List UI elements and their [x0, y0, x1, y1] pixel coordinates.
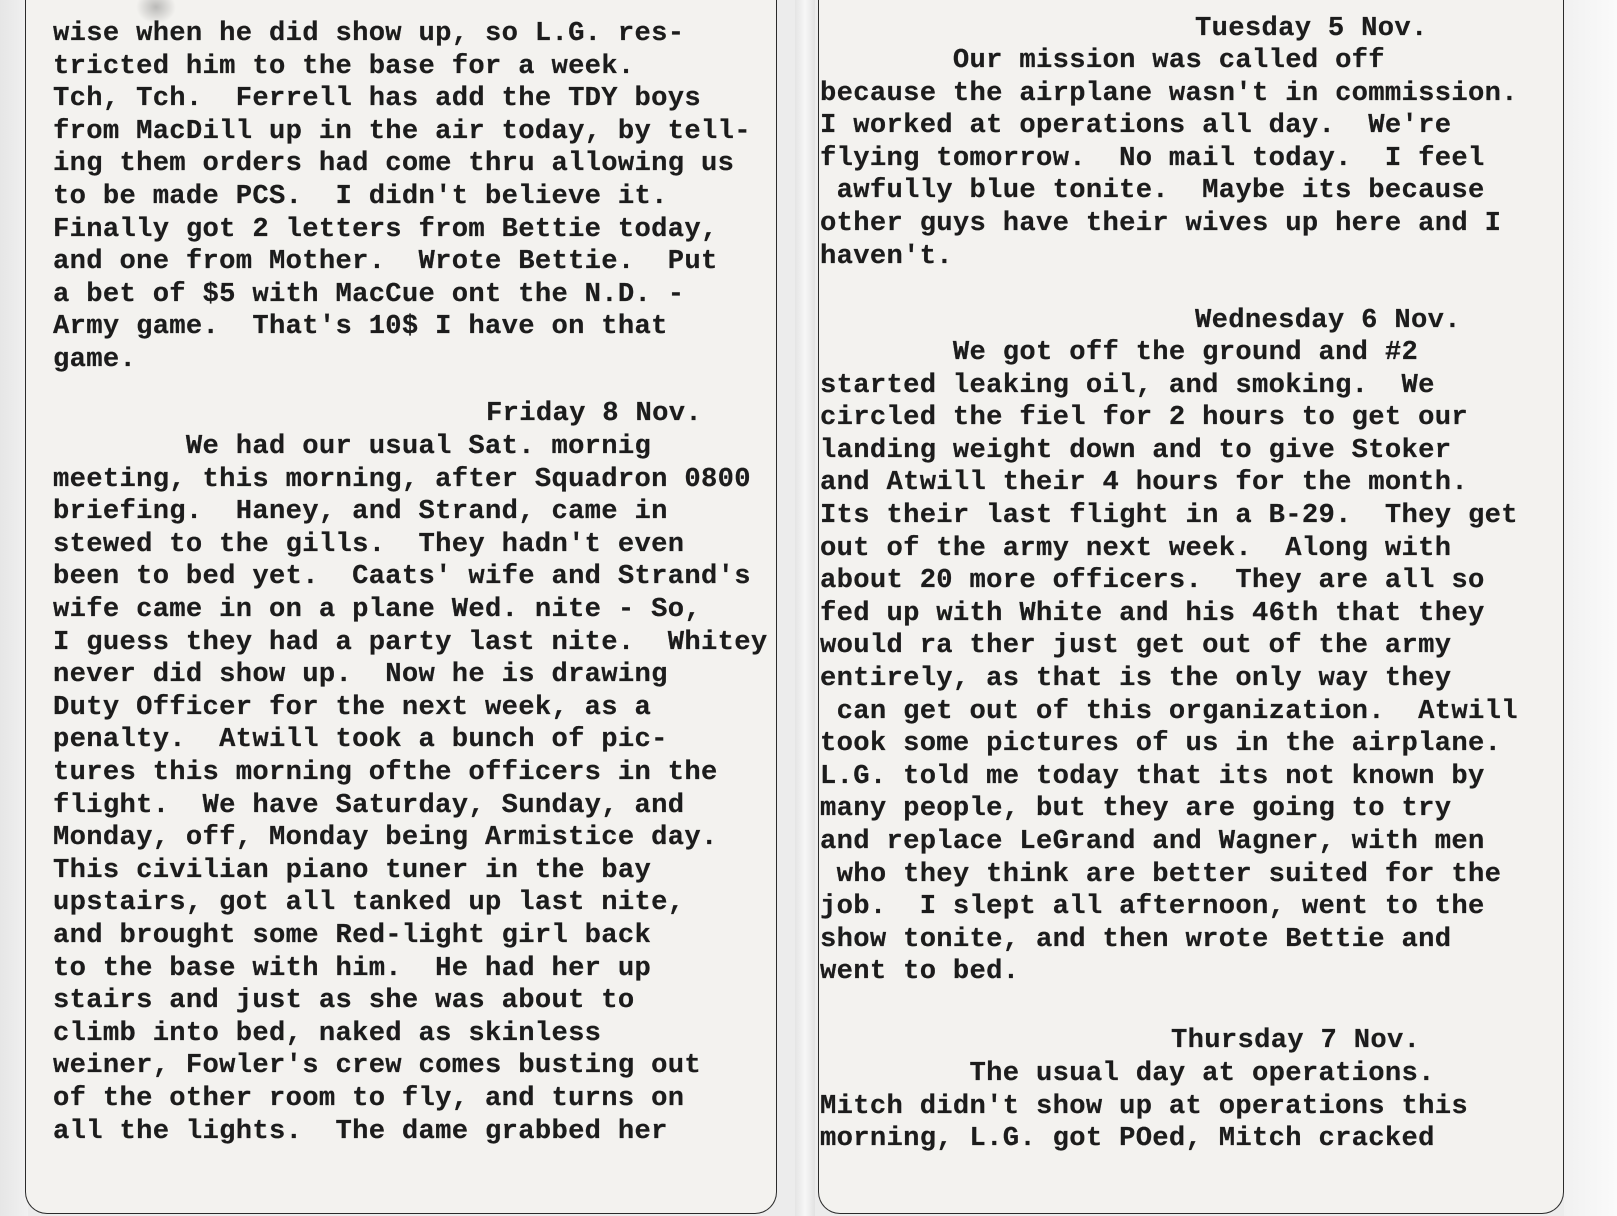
- diary-text-line: job. I slept all afternoon, went to the: [820, 891, 1485, 923]
- diary-text-line: I guess they had a party last nite. Whit…: [53, 627, 767, 659]
- diary-text-line: wise when he did show up, so L.G. res-: [53, 18, 684, 50]
- diary-text-line: morning, L.G. got POed, Mitch cracked: [820, 1123, 1435, 1155]
- diary-text-line: fed up with White and his 46th that they: [820, 598, 1485, 630]
- diary-text-line: of the other room to fly, and turns on: [53, 1083, 684, 1115]
- diary-text-line: a bet of $5 with MacCue ont the N.D. -: [53, 279, 684, 311]
- right-page: Tuesday 5 Nov. Our mission was called of…: [818, 0, 1564, 1214]
- diary-text-line: Its their last flight in a B-29. They ge…: [820, 500, 1518, 532]
- diary-text-line: to be made PCS. I didn't believe it.: [53, 181, 668, 213]
- diary-text-line: would ra ther just get out of the army: [820, 630, 1451, 662]
- diary-text-line: flying tomorrow. No mail today. I feel: [820, 143, 1485, 175]
- diary-text-line: to the base with him. He had her up: [53, 953, 651, 985]
- diary-text-line: circled the fiel for 2 hours to get our: [820, 402, 1468, 434]
- diary-text-line: upstairs, got all tanked up last nite,: [53, 887, 684, 919]
- diary-text-line: We had our usual Sat. mornig: [53, 431, 651, 463]
- diary-text-line: about 20 more officers. They are all so: [820, 565, 1485, 597]
- diary-text-line: and brought some Red-light girl back: [53, 920, 651, 952]
- diary-text-line: stewed to the gills. They hadn't even: [53, 529, 684, 561]
- diary-text-line: landing weight down and to give Stoker: [820, 435, 1451, 467]
- diary-text-line: many people, but they are going to try: [820, 793, 1451, 825]
- diary-text-line: can get out of this organization. Atwill: [820, 696, 1518, 728]
- diary-text-line: out of the army next week. Along with: [820, 533, 1451, 565]
- diary-text-line: took some pictures of us in the airplane…: [820, 728, 1501, 760]
- diary-text-line: climb into bed, naked as skinless: [53, 1018, 601, 1050]
- diary-text-line: and one from Mother. Wrote Bettie. Put: [53, 246, 718, 278]
- diary-text-line: meeting, this morning, after Squadron 08…: [53, 464, 751, 496]
- diary-text-line: Duty Officer for the next week, as a: [53, 692, 651, 724]
- diary-text-line: stairs and just as she was about to: [53, 985, 635, 1017]
- diary-text-line: flight. We have Saturday, Sunday, and: [53, 790, 684, 822]
- diary-text-line: been to bed yet. Caats' wife and Strand'…: [53, 561, 751, 593]
- diary-text-line: game.: [53, 344, 136, 376]
- diary-text-line: and Atwill their 4 hours for the month.: [820, 467, 1468, 499]
- diary-text-line: weiner, Fowler's crew comes busting out: [53, 1050, 701, 1082]
- diary-text-line: ing them orders had come thru allowing u…: [53, 148, 734, 180]
- diary-text-line: The usual day at operations.: [820, 1058, 1435, 1090]
- diary-text-line: haven't.: [820, 241, 953, 273]
- left-page: wise when he did show up, so L.G. res-tr…: [25, 0, 777, 1214]
- diary-text-line: never did show up. Now he is drawing: [53, 659, 668, 691]
- diary-text-line: awfully blue tonite. Maybe its because: [820, 175, 1485, 207]
- diary-text-line: penalty. Atwill took a bunch of pic-: [53, 724, 668, 756]
- diary-text-line: because the airplane wasn't in commissio…: [820, 78, 1518, 110]
- scan-background-left: [0, 0, 28, 1216]
- diary-text-line: and replace LeGrand and Wagner, with men: [820, 826, 1485, 858]
- diary-text-line: who they think are better suited for the: [820, 859, 1501, 891]
- page-gutter: [795, 0, 815, 1216]
- diary-text-line: Tch, Tch. Ferrell has add the TDY boys: [53, 83, 701, 115]
- diary-text-line: Monday, off, Monday being Armistice day.: [53, 822, 718, 854]
- diary-text-line: from MacDill up in the air today, by tel…: [53, 116, 751, 148]
- diary-text-line: show tonite, and then wrote Bettie and: [820, 924, 1451, 956]
- diary-text-line: Finally got 2 letters from Bettie today,: [53, 214, 718, 246]
- diary-text-line: Our mission was called off: [820, 45, 1385, 77]
- entry-date-heading: Friday 8 Nov.: [486, 398, 702, 430]
- diary-text-line: tures this morning ofthe officers in the: [53, 757, 718, 789]
- diary-text-line: wife came in on a plane Wed. nite - So,: [53, 594, 701, 626]
- diary-text-line: all the lights. The dame grabbed her: [53, 1116, 668, 1148]
- diary-text-line: I worked at operations all day. We're: [820, 110, 1451, 142]
- scan-background-right: [1564, 0, 1617, 1216]
- diary-text-line: Army game. That's 10$ I have on that: [53, 311, 668, 343]
- diary-text-line: entirely, as that is the only way they: [820, 663, 1451, 695]
- diary-text-line: Mitch didn't show up at operations this: [820, 1091, 1468, 1123]
- diary-text-line: started leaking oil, and smoking. We: [820, 370, 1435, 402]
- diary-text-line: L.G. told me today that its not known by: [820, 761, 1485, 793]
- diary-text-line: This civilian piano tuner in the bay: [53, 855, 651, 887]
- diary-text-line: tricted him to the base for a week.: [53, 51, 635, 83]
- diary-text-line: briefing. Haney, and Strand, came in: [53, 496, 668, 528]
- entry-date-heading: Tuesday 5 Nov.: [1195, 13, 1428, 45]
- diary-text-line: other guys have their wives up here and …: [820, 208, 1501, 240]
- entry-date-heading: Thursday 7 Nov.: [1171, 1025, 1420, 1057]
- diary-text-line: We got off the ground and #2: [820, 337, 1418, 369]
- entry-date-heading: Wednesday 6 Nov.: [1195, 305, 1461, 337]
- diary-text-line: went to bed.: [820, 956, 1019, 988]
